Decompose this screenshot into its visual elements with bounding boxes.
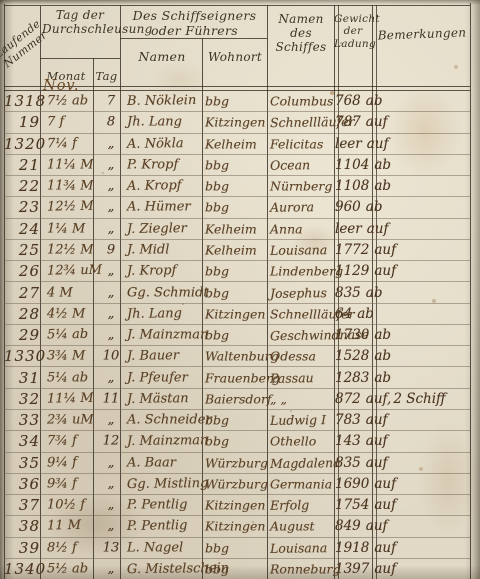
cell-ladung: 787auf [335,114,390,130]
cell-schiffseigner-name: Jh. Lang [127,115,182,130]
cell-tag: „ [100,328,122,343]
ladung-richtung: ab [366,93,383,109]
cell-wohnort: Würzburg [205,455,268,470]
ladung-wert: 143 [335,433,361,449]
cell-laufende-nummer: 38 [4,517,40,535]
cell-uhrzeit: 12½ M [47,199,94,215]
column-header-tag-der-durchschleusung: Tag der Durchschleusung [42,8,118,36]
table-row: 29 5¼ ab „ J. Mainzman bbg Geschwindnase… [4,325,470,346]
cell-uhrzeit: 9¼ f [47,455,77,471]
table-row: 32 11¼ M 11 J. Mästan Baiersdorf „ „ 872… [4,389,470,410]
cell-wohnort: bbg [205,179,229,194]
ladung-wert: 835 [335,455,361,471]
cell-ladung: 1104ab [335,157,393,173]
ladung-richtung: auf [366,518,388,534]
ladung-bemerkung: 2 Schiff [393,391,445,407]
cell-schiffsname: Magdalena [270,455,341,471]
table-row: 28 4½ M „ Jh. Lang Kitzingen Schnellläuf… [4,304,470,325]
cell-laufende-nummer: 36 [4,475,40,493]
cell-uhrzeit: 3¾ M [47,349,85,364]
cell-ladung: 1690auf [335,476,398,492]
cell-wohnort: Kitzingen [205,519,265,534]
cell-tag: „ [100,519,122,534]
cell-laufende-nummer: 39 [4,539,40,557]
cell-ladung: 1918auf [335,540,398,556]
cell-uhrzeit: 12¾ uM [47,263,102,279]
cell-tag: 8 [100,115,122,130]
table-row: 26 12¾ uM „ J. Kropf bbg Lindenberg 1129… [4,261,470,282]
ladung-wert: 1104 [335,157,369,173]
cell-tag: „ [100,455,122,470]
ladung-richtung: auf [374,263,396,279]
table-row: 35 9¼ f „ A. Baar Würzburg Magdalena 835… [4,453,470,474]
cell-ladung: 835auf [335,455,390,471]
cell-laufende-nummer: 1318 [4,92,40,110]
month-annotation: Nov. [43,78,80,94]
cell-schiffseigner-name: A. Nökla [127,136,184,152]
cell-schiffsname: Othello [270,434,316,449]
cell-schiffseigner-name: A. Baar [127,455,176,470]
cell-schiffseigner-name: L. Nagel [127,540,183,555]
cell-tag: 11 [100,391,122,406]
table-row: 22 11¾ M „ A. Kropf bbg Nürnberg 1108ab [4,176,470,197]
cell-uhrzeit: 8½ f [47,540,77,555]
table-row: 23 12½ M „ A. Hümer bbg Aurora 960ab [4,197,470,218]
ladung-richtung: auf [367,221,389,237]
cell-ladung: 1730ab [335,327,393,343]
ladung-wert: 787 [335,114,361,130]
table-row: 1340 5½ ab „ G. Mistelschein bbg Ronnebu… [4,559,470,579]
cell-uhrzeit: 4½ M [47,306,85,321]
cell-uhrzeit: 11 M [47,518,81,534]
cell-schiffseigner-name: Jh. Lang [127,306,182,322]
column-header-ladungsgewicht: Gewicht der Ladung [334,13,372,50]
column-header-namen: Namen [124,50,200,65]
cell-wohnort: bbg [205,561,229,576]
ladung-wert: 1129 [335,263,369,279]
ladung-richtung: ab [374,327,391,343]
cell-schiffsname: „ „ [270,391,287,406]
ladung-richtung: auf [374,540,396,556]
cell-ladung: 768ab [335,93,384,109]
ladung-wert: 1918 [335,540,369,556]
cell-schiffsname: Josephus [270,285,327,301]
cell-ladung: 143auf [335,433,390,449]
cell-ladung: 1772auf [335,242,398,258]
table-row: 33 2¾ uM „ A. Schneider bbg Ludwig I 783… [4,410,470,431]
cell-schiffseigner-name: A. Hümer [127,200,191,215]
paper-specks [0,0,2,2]
table-row: 1330 3¾ M 10 J. Bauer Waltenburg Odessa … [4,346,470,367]
cell-schiffseigner-name: Gg. Mistling [127,476,209,492]
cell-laufende-nummer: 29 [4,326,40,344]
cell-tag: „ [100,285,122,300]
table-rows: 1318 7½ ab 7 B. Nöklein bbg Columbus 768… [4,91,470,579]
cell-ladung: 1754auf [335,497,398,513]
cell-wohnort: bbg [205,413,229,428]
table-row: 38 11 M „ P. Pentlig Kitzingen August 84… [4,516,470,537]
cell-schiffsname: August [270,519,315,534]
ladung-wert: 1730 [335,327,369,343]
cell-wohnort: bbg [205,285,229,300]
cell-laufende-nummer: 27 [4,284,40,302]
ladung-richtung: auf, [366,391,392,407]
column-header-bemerkungen: Bemerkungen [376,25,468,42]
ledger-page: Laufende Nummer Tag der Durchschleusung … [0,0,480,579]
ladung-wert: 849 [335,518,361,534]
ladung-wert: leer [335,221,362,237]
cell-laufende-nummer: 23 [4,198,40,216]
ladung-richtung: ab [374,348,391,364]
ladung-wert: 1528 [335,348,369,364]
cell-ladung: 835ab [335,285,384,301]
cell-tag: „ [100,179,122,194]
table-row: 36 9¾ f „ Gg. Mistling Würzburg Germania… [4,474,470,495]
cell-schiffseigner-name: Gg. Schmidt [127,285,209,300]
cell-uhrzeit: 7 f [47,115,64,130]
table-row: 37 10½ f „ P. Pentlig Kitzingen Erfolg 1… [4,495,470,516]
cell-wohnort: Würzburg [205,476,268,491]
cell-wohnort: Kitzingen [205,498,265,513]
ladung-wert: 872 [335,391,361,407]
cell-ladung: 1528ab [335,348,393,364]
cell-schiffsname: Nürnberg [270,179,332,194]
cell-tag: „ [100,221,122,236]
cell-tag: 9 [100,242,122,257]
cell-schiffseigner-name: P. Pentlig [127,519,188,535]
cell-wohnort: bbg [205,200,229,215]
cell-schiffsname: Aurora [270,200,314,216]
cell-ladung: 960ab [335,199,384,215]
cell-wohnort: Kelheim [205,221,257,236]
cell-ladung: 872auf,2 Schiff [335,391,446,407]
cell-schiffsname: Passau [270,370,314,386]
cell-schiffseigner-name: J. Mainzman [127,433,209,449]
cell-schiffseigner-name: J. Kropf [127,263,177,279]
table-row: 25 12½ M 9 J. Midl Kelheim Louisana 1772… [4,240,470,261]
table-row: 31 5¼ ab „ J. Pfeufer Frauenberg Passau … [4,367,470,388]
cell-wohnort: Frauenberg [205,370,280,385]
cell-ladung: 1397auf [335,561,398,577]
cell-schiffseigner-name: P. Pentlig [127,498,187,513]
cell-uhrzeit: 2¾ uM [47,413,94,428]
cell-ladung: 849auf [335,518,390,534]
cell-laufende-nummer: 22 [4,177,40,195]
column-header-schiffsname: Namen des Schiffes [270,12,332,54]
ladung-richtung: ab [366,199,383,215]
table-row: 1320 7¼ f „ A. Nökla Kelheim Felicitas l… [4,134,470,155]
ladung-richtung: ab [374,178,391,194]
cell-uhrzeit: 12½ M [47,242,94,257]
cell-wohnort: bbg [205,328,229,343]
ladung-richtung: auf [366,412,388,428]
table-row: 34 7¾ f 12 J. Mainzman bbg Othello 143au… [4,431,470,452]
cell-laufende-nummer: 26 [4,262,40,280]
cell-wohnort: bbg [205,540,229,555]
cell-schiffsname: Anna [270,221,303,236]
cell-laufende-nummer: 34 [4,432,40,450]
cell-tag: 13 [100,540,122,555]
cell-wohnort: bbg [205,94,229,109]
cell-schiffseigner-name: B. Nöklein [127,93,196,109]
table-row: 27 4 M „ Gg. Schmidt bbg Josephus 835ab [4,282,470,303]
cell-uhrzeit: 7¼ f [47,136,77,152]
ladung-richtung: auf [366,455,388,471]
cell-laufende-nummer: 19 [4,113,40,131]
cell-uhrzeit: 9¾ f [47,476,77,491]
cell-ladung: 64ab [335,306,376,322]
cell-schiffsname: Felicitas [270,136,323,151]
ladung-richtung: auf [374,561,396,577]
table-row: 24 1¼ M „ J. Ziegler Kelheim Anna leerau… [4,219,470,240]
table-row: 39 8½ f 13 L. Nagel bbg Louisana 1918auf [4,538,470,559]
cell-schiffsname: Ludwig I [270,412,326,428]
cell-laufende-nummer: 25 [4,241,40,259]
ladung-wert: leer [335,136,362,152]
cell-uhrzeit: 10½ f [47,498,85,513]
cell-schiffsname: Ronneburg [270,561,340,576]
cell-schiffseigner-name: A. Kropf [127,178,182,194]
ladung-wert: 1690 [335,476,369,492]
cell-uhrzeit: 1¼ M [47,221,85,236]
cell-uhrzeit: 5¼ ab [47,327,88,343]
ladung-wert: 835 [335,285,361,301]
cell-wohnort: Kelheim [205,242,257,257]
ladung-richtung: auf [374,242,396,258]
cell-tag: „ [100,476,122,491]
cell-tag: „ [100,498,122,513]
cell-uhrzeit: 5¼ ab [47,370,88,385]
column-header-tag: Tag [93,70,120,84]
cell-laufende-nummer: 37 [4,496,40,514]
ladung-richtung: auf [366,433,388,449]
table-row: 21 11¼ M „ P. Kropf bbg Ocean 1104ab [4,155,470,176]
rule-line [4,5,470,6]
cell-laufende-nummer: 31 [4,369,40,387]
cell-uhrzeit: 5½ ab [47,561,88,576]
ladung-wert: 64 [335,306,352,322]
cell-wohnort: Baiersdorf [205,391,272,406]
cell-laufende-nummer: 32 [4,390,40,408]
ladung-richtung: ab [374,370,391,386]
cell-tag: 10 [100,349,122,364]
cell-schiffseigner-name: J. Ziegler [127,221,187,237]
cell-laufende-nummer: 35 [4,454,40,472]
cell-laufende-nummer: 24 [4,220,40,238]
rule-line [40,58,120,59]
ladung-wert: 783 [335,412,361,428]
ladung-wert: 960 [335,199,361,215]
cell-schiffseigner-name: J. Mästan [127,391,189,407]
cell-ladung: leerauf [335,136,391,152]
cell-tag: 12 [100,434,122,449]
cell-tag: „ [100,306,122,321]
cell-wohnort: Kitzingen [205,115,265,130]
cell-schiffsname: Odessa [270,349,316,364]
ladung-wert: 1283 [335,370,369,386]
ladung-wert: 768 [335,93,361,109]
ladung-wert: 1108 [335,178,369,194]
cell-laufende-nummer: 1340 [4,560,40,578]
table-row: 19 7 f 8 Jh. Lang Kitzingen Schnellläufe… [4,112,470,133]
cell-ladung: leerauf [335,221,391,237]
cell-schiffsname: Columbus [270,94,333,109]
cell-tag: „ [100,561,122,576]
cell-schiffsname: Lindenberg [270,264,343,279]
cell-laufende-nummer: 1320 [4,135,40,153]
cell-schiffsname: Ocean [270,157,310,173]
cell-schiffseigner-name: J. Pfeufer [127,370,188,385]
ladung-richtung: ab [366,285,383,301]
ladung-richtung: ab [357,306,374,322]
cell-uhrzeit: 4 M [47,285,73,300]
cell-tag: „ [100,264,122,279]
cell-wohnort: Kelheim [205,136,257,151]
ladung-wert: 1397 [335,561,369,577]
cell-ladung: 783auf [335,412,390,428]
cell-wohnort: bbg [205,264,229,279]
cell-laufende-nummer: 21 [4,156,40,174]
cell-schiffsname: Erfolg [270,497,309,513]
cell-ladung: 1283ab [335,370,393,386]
table-row: 1318 7½ ab 7 B. Nöklein bbg Columbus 768… [4,91,470,112]
ladung-wert: 1772 [335,242,369,258]
ladung-richtung: auf [374,497,396,513]
column-header-schiffseigner: Des Schiffseigners oder Führers [124,9,265,39]
cell-schiffsname: Louisana [270,242,327,258]
cell-schiffsname: Louisana [270,540,327,556]
ladung-richtung: ab [374,157,391,173]
cell-schiffseigner-name: J. Midl [127,242,169,257]
column-header-wohnort: Wohnort [204,50,266,64]
cell-laufende-nummer: 1330 [4,347,40,365]
cell-laufende-nummer: 28 [4,305,40,323]
cell-uhrzeit: 11¼ M [47,391,94,407]
cell-tag: 7 [100,94,122,109]
cell-tag: „ [100,200,122,215]
cell-schiffsname: Germania [270,476,332,491]
ladung-wert: 1754 [335,497,369,513]
cell-schiffseigner-name: J. Mainzman [127,328,208,343]
ladung-richtung: auf [367,136,389,152]
ladung-richtung: auf [366,114,388,130]
cell-uhrzeit: 11¼ M [47,157,94,172]
rule-line [470,3,471,579]
cell-schiffseigner-name: A. Schneider [127,413,212,428]
cell-tag: „ [100,157,122,172]
cell-uhrzeit: 11¾ M [47,179,94,194]
cell-tag: „ [100,370,122,385]
cell-wohnort: Waltenburg [205,349,279,364]
cell-uhrzeit: 7¾ f [47,434,77,449]
cell-ladung: 1129auf [335,263,398,279]
cell-tag: „ [100,136,122,151]
cell-uhrzeit: 7½ ab [47,94,88,109]
cell-laufende-nummer: 33 [4,411,40,429]
cell-ladung: 1108ab [335,178,393,194]
cell-wohnort: Kitzingen [205,306,265,321]
cell-tag: „ [100,413,122,428]
cell-wohnort: bbg [205,434,229,449]
cell-schiffseigner-name: J. Bauer [127,348,179,364]
cell-schiffseigner-name: P. Kropf [127,157,178,172]
cell-wohnort: bbg [205,157,229,172]
ladung-richtung: auf [374,476,396,492]
